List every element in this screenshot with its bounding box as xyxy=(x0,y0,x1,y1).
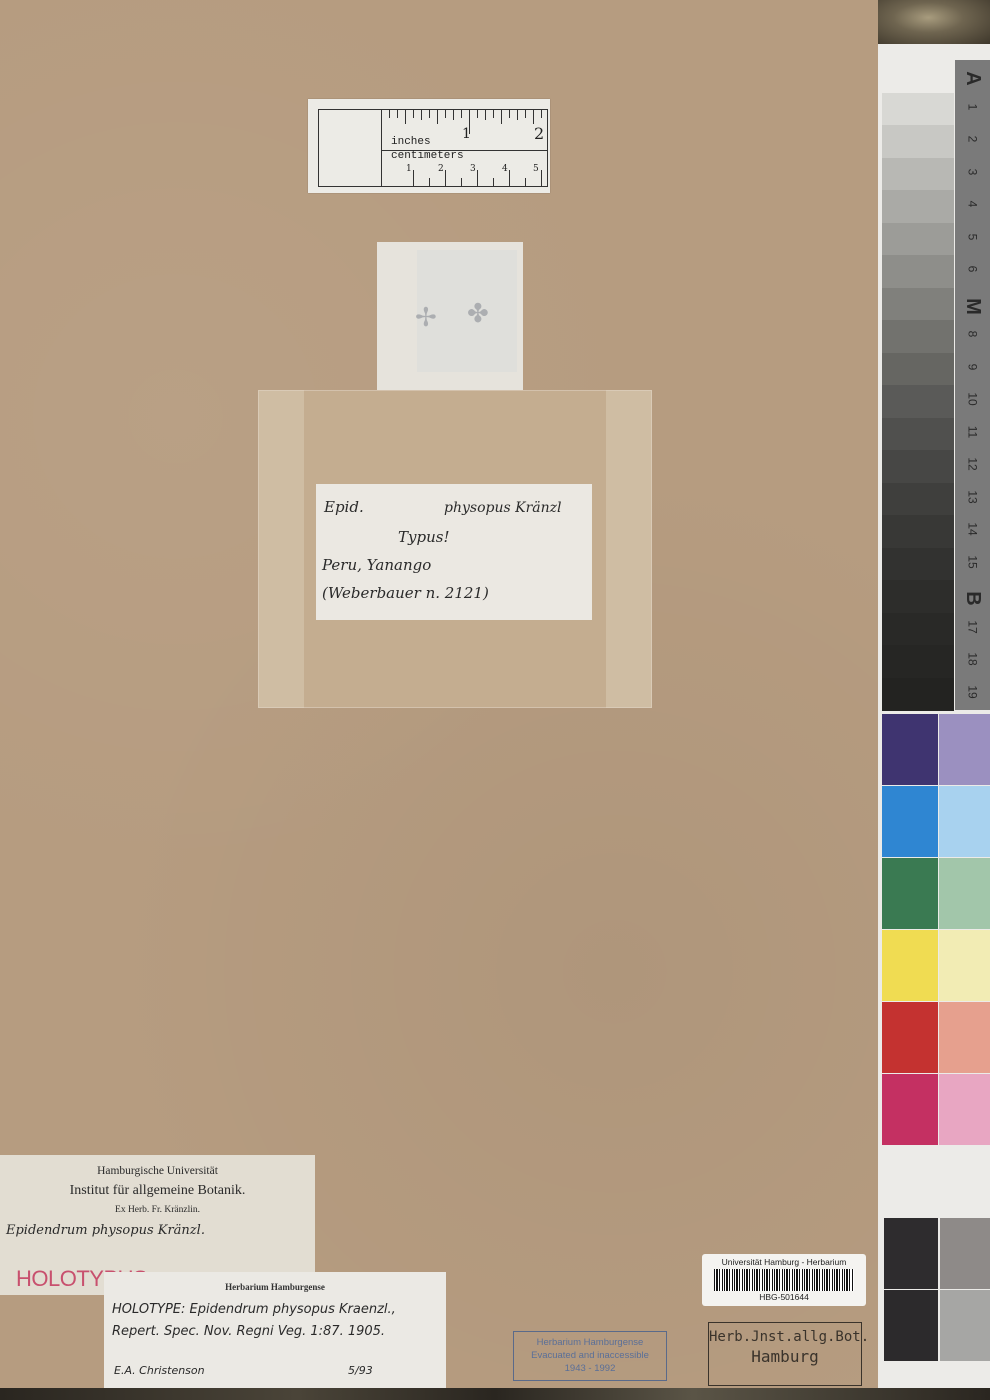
scale-label: 8 xyxy=(966,317,980,352)
determination-date: 5/93 xyxy=(348,1364,373,1377)
det-header: Herbarium Hamburgense xyxy=(104,1282,446,1292)
scale-label: 3 xyxy=(966,154,980,189)
gray-step xyxy=(882,483,954,516)
color-patch xyxy=(882,1074,938,1145)
envelope-flap-left xyxy=(258,390,304,708)
envelope-flap-right xyxy=(606,390,652,708)
color-patch xyxy=(882,930,938,1001)
gray-step xyxy=(882,255,954,288)
color-patch xyxy=(882,858,938,929)
cm-number: 3 xyxy=(470,164,476,174)
gray-step xyxy=(882,288,954,321)
gray-patch xyxy=(940,1290,990,1361)
gray-step xyxy=(882,158,954,191)
gray-step xyxy=(882,613,954,646)
gray-step xyxy=(882,320,954,353)
color-patch xyxy=(882,1002,938,1073)
barcode-title: Universität Hamburg - Herbarium xyxy=(702,1257,866,1267)
gray-step xyxy=(882,678,954,711)
typus-note: Typus! xyxy=(398,528,449,546)
scale-label: 2 xyxy=(966,122,980,157)
gray-step xyxy=(882,645,954,678)
scale-label: 9 xyxy=(966,349,980,384)
herbarium-source: Ex Herb. Fr. Kränzlin. xyxy=(0,1205,315,1215)
collector-label: Epid. physopus Kränzl Typus! Peru, Yanan… xyxy=(316,484,592,620)
flower-fragment-icon: ✤ xyxy=(467,298,489,329)
scale-label: 1 xyxy=(966,89,980,124)
scale-label: 17 xyxy=(966,609,980,644)
gray-step xyxy=(882,353,954,386)
flower-fragment-icon: ✢ xyxy=(415,302,437,333)
color-patch xyxy=(882,786,938,857)
color-patch xyxy=(939,930,990,1001)
scale-label: 11 xyxy=(966,414,980,449)
handwritten-species: Epidendrum physopus Kränzl. xyxy=(6,1223,205,1238)
cm-number: 1 xyxy=(406,164,412,174)
barcode-id: HBG-501644 xyxy=(702,1292,866,1302)
gray-patch xyxy=(940,1218,990,1289)
gray-step xyxy=(882,385,954,418)
scanner-background-bottom xyxy=(0,1388,990,1400)
color-patch xyxy=(882,714,938,785)
gray-step xyxy=(882,450,954,483)
barcode-icon xyxy=(714,1269,854,1291)
locality: Peru, Yanango xyxy=(322,556,431,574)
cm-number: 5 xyxy=(533,164,539,174)
stamp-line: Herb.Jnst.allg.Bot. xyxy=(709,1329,861,1345)
scale-label: 13 xyxy=(966,479,980,514)
gray-step xyxy=(882,515,954,548)
scale-label: 5 xyxy=(966,219,980,254)
stamp-line: Hamburg xyxy=(709,1347,861,1366)
scale-label: 10 xyxy=(966,382,980,417)
stamp-line: 1943 - 1992 xyxy=(514,1362,666,1375)
color-patch xyxy=(939,714,990,785)
centimeters-label: centimeters xyxy=(391,150,464,162)
ruler-blank-area xyxy=(319,110,382,186)
genus-abbrev: Epid. xyxy=(324,498,364,516)
scale-label: 18 xyxy=(966,642,980,677)
scale-label: 12 xyxy=(966,447,980,482)
color-patch xyxy=(939,1002,990,1073)
scale-ruler: inches 1 2 centimeters 1 2 3 4 5 xyxy=(308,99,550,193)
scanner-background xyxy=(878,0,990,44)
gray-step xyxy=(882,548,954,581)
scale-label: 6 xyxy=(966,252,980,287)
species-name: physopus Kränzl xyxy=(444,500,561,516)
gray-step xyxy=(882,125,954,158)
university-name: Hamburgische Universität xyxy=(0,1165,315,1177)
color-calibration-chart: A123456M89101112131415B171819 xyxy=(878,44,990,1388)
gray-step xyxy=(882,580,954,613)
stamp-line: Evacuated and inaccessible xyxy=(514,1349,666,1362)
gray-step xyxy=(882,93,954,126)
gray-patch xyxy=(884,1218,938,1289)
gray-patch xyxy=(884,1290,938,1361)
color-patch xyxy=(939,1074,990,1145)
inch-number: 2 xyxy=(534,124,544,143)
institute-name: Institut für allgemeine Botanik. xyxy=(0,1183,315,1199)
evacuation-stamp: Herbarium Hamburgense Evacuated and inac… xyxy=(513,1331,667,1381)
cm-number: 2 xyxy=(438,164,444,174)
barcode-label: Universität Hamburg - Herbarium HBG-5016… xyxy=(702,1254,866,1306)
color-patch xyxy=(939,786,990,857)
gray-step xyxy=(882,223,954,256)
collector-number: (Weberbauer n. 2121) xyxy=(322,584,489,602)
gray-step xyxy=(882,60,954,93)
gray-step xyxy=(882,190,954,223)
institute-stamp: Herb.Jnst.allg.Bot. Hamburg xyxy=(708,1322,862,1386)
stamp-line: Herbarium Hamburgense xyxy=(514,1336,666,1349)
cm-number: 4 xyxy=(502,164,508,174)
reference-line: Repert. Spec. Nov. Regni Veg. 1:87. 1905… xyxy=(112,1324,385,1339)
specimen-fragment-packet: ✢ ✤ xyxy=(377,242,523,394)
scale-label: 4 xyxy=(966,187,980,222)
gray-step xyxy=(882,418,954,451)
scale-label: 19 xyxy=(966,674,980,709)
scale-label: 15 xyxy=(966,544,980,579)
color-patch xyxy=(939,858,990,929)
inches-label: inches xyxy=(391,136,431,148)
determiner: E.A. Christenson xyxy=(114,1364,205,1377)
holotype-line: HOLOTYPE: Epidendrum physopus Kraenzl., xyxy=(112,1302,396,1317)
ruler-frame: inches 1 2 centimeters 1 2 3 4 5 xyxy=(318,109,548,187)
scale-label: 14 xyxy=(966,512,980,547)
determination-slip: Herbarium Hamburgense HOLOTYPE: Epidendr… xyxy=(104,1272,446,1388)
inch-number: 1 xyxy=(462,126,471,142)
